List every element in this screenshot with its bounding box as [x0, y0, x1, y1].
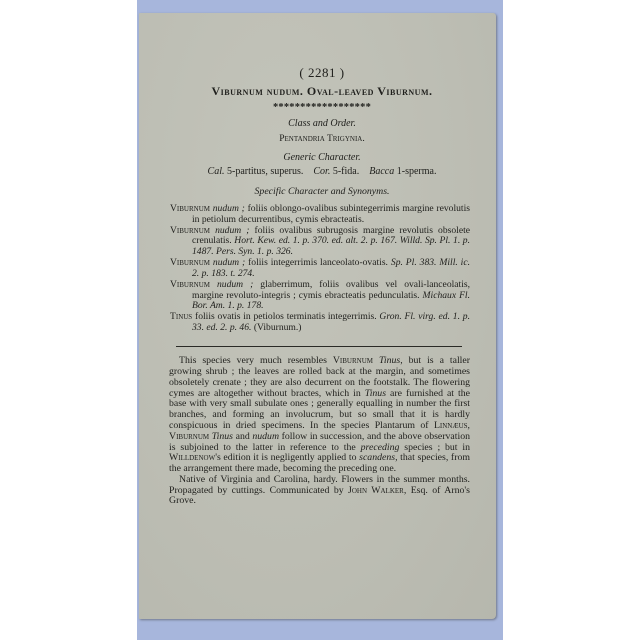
italic-term: Tinus	[379, 355, 400, 366]
page-content: ( 2281 ) Viburnum nudum. Oval-leaved Vib…	[178, 68, 466, 507]
specific-heading: Specific Character and Synonyms.	[178, 187, 466, 197]
generic-character: Cal. 5-partitus, superus. Cor. 5-fida. B…	[170, 167, 474, 177]
class-value: Pentandria Trigynia.	[178, 134, 466, 144]
section-rule	[176, 346, 462, 347]
cor-text: 5-fida.	[330, 166, 369, 177]
synonym-entry: Viburnum nudum ; foliis oblongo-ovalibus…	[170, 204, 470, 225]
bacca-label: Bacca	[369, 166, 394, 177]
synonym-entry: Viburnum nudum ; foliis integerrimis lan…	[170, 258, 470, 279]
synonym-species: nudum ;	[210, 279, 253, 290]
generic-heading: Generic Character.	[178, 153, 466, 163]
synonym-entry: Viburnum nudum ; glaberrimum, foliis ova…	[170, 280, 470, 311]
body-text: 's edition it is negligently applied to	[215, 452, 359, 463]
plate-number: ( 2281 )	[178, 68, 466, 78]
synonym-entry: Viburnum nudum ; foliis ovalibus subrugo…	[170, 226, 470, 257]
italic-term: Tinus	[212, 431, 233, 442]
synonym-entry: Tinus foliis ovatis in petiolos terminat…	[170, 312, 470, 333]
synonym-genus: Tinus	[170, 311, 192, 322]
description-paragraph: This species very much resembles Viburnu…	[169, 356, 470, 475]
small-caps-name: Viburnum	[169, 431, 209, 442]
italic-term: scandens	[359, 452, 395, 463]
small-caps-name: Viburnum	[333, 355, 373, 366]
synonym-refs: Hort. Kew. ed. 1. p. 370. ed. alt. 2. p.…	[192, 235, 470, 256]
class-heading: Class and Order.	[178, 119, 466, 129]
bacca-text: 1-sperma.	[394, 166, 436, 177]
small-caps-name: Willdenow	[169, 452, 215, 463]
native-paragraph: Native of Virginia and Carolina, hardy. …	[169, 475, 470, 507]
synonym-genus: Viburnum	[170, 279, 210, 290]
synonym-tail: (Viburnum.)	[251, 322, 301, 333]
cal-text: 5-partitus, superus.	[225, 166, 314, 177]
synonym-list: Viburnum nudum ; foliis oblongo-ovalibus…	[178, 204, 466, 333]
synonym-text: foliis integerrimis lanceolato-ovatis.	[245, 257, 391, 268]
ornament-divider: ******************	[178, 103, 466, 113]
italic-term: nudum	[252, 431, 279, 442]
body-text: and	[233, 431, 252, 442]
body-text: This species very much resembles	[179, 355, 333, 366]
synonym-genus: Viburnum	[170, 203, 210, 214]
synonym-species: nudum ;	[210, 203, 245, 214]
cor-label: Cor.	[313, 166, 330, 177]
synonym-species: nudum ;	[210, 225, 249, 236]
synonym-text: foliis ovatis in petiolos terminatis int…	[192, 311, 379, 322]
synonym-genus: Viburnum	[170, 225, 210, 236]
synonym-genus: Viburnum	[170, 257, 210, 268]
small-caps-name: John Walker	[348, 485, 404, 496]
cal-label: Cal.	[208, 166, 225, 177]
page-title: Viburnum nudum. Oval-leaved Viburnum.	[166, 86, 478, 96]
body-text: ,	[468, 420, 470, 431]
italic-term: Tinus	[365, 388, 386, 399]
small-caps-name: Linnæus	[434, 420, 468, 431]
body-text: species ; but in	[399, 442, 470, 453]
italic-term: preceding	[361, 442, 400, 453]
synonym-species: nudum ;	[210, 257, 245, 268]
